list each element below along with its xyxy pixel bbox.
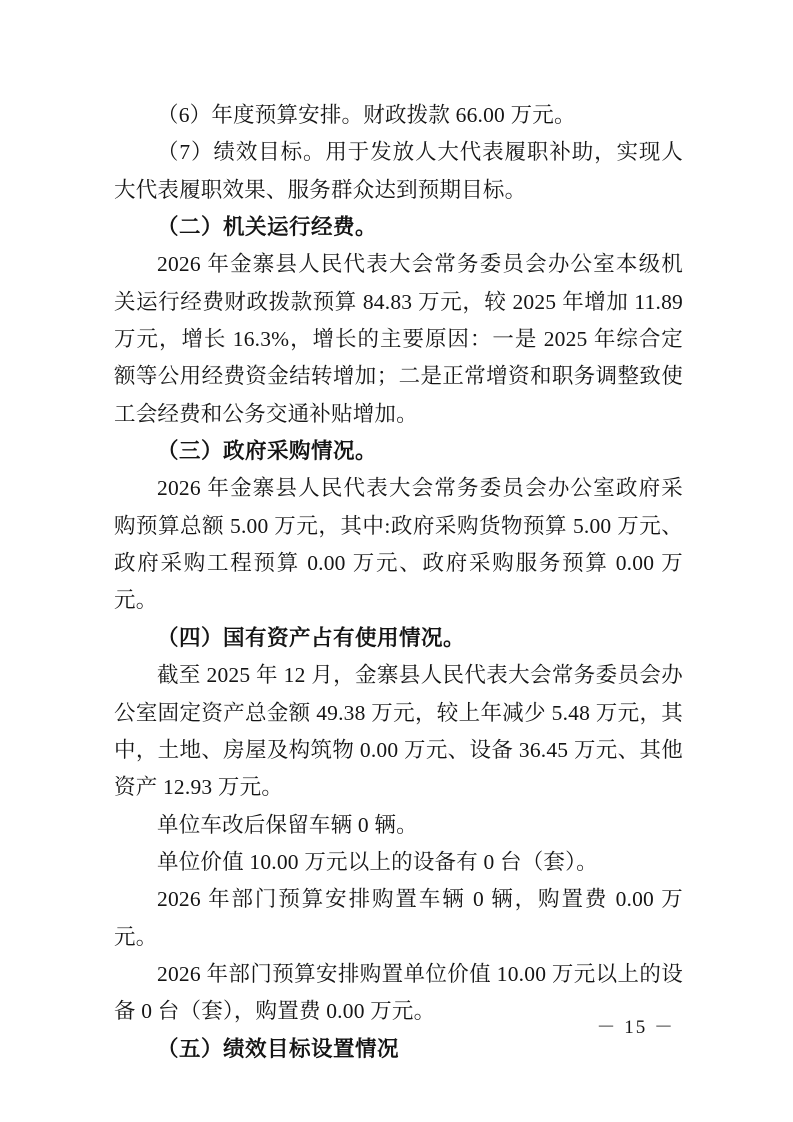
document-body: （6）年度预算安排。财政拨款 66.00 万元。（7）绩效目标。用于发放人大代表…	[114, 97, 683, 1068]
page-number: － 15 －	[596, 1012, 675, 1039]
body-paragraph: 单位价值 10.00 万元以上的设备有 0 台（套）。	[114, 844, 683, 881]
body-paragraph: （6）年度预算安排。财政拨款 66.00 万元。	[114, 97, 683, 134]
body-paragraph: 单位车改后保留车辆 0 辆。	[114, 807, 683, 844]
section-heading: （二）机关运行经费。	[114, 209, 683, 246]
section-heading: （四）国有资产占有使用情况。	[114, 620, 683, 657]
body-paragraph: 2026 年部门预算安排购置车辆 0 辆，购置费 0.00 万元。	[114, 881, 683, 956]
body-paragraph: （7）绩效目标。用于发放人大代表履职补助，实现人大代表履职效果、服务群众达到预期…	[114, 134, 683, 209]
body-paragraph: 2026 年金寨县人民代表大会常务委员会办公室本级机关运行经费财政拨款预算 84…	[114, 246, 683, 433]
section-heading: （三）政府采购情况。	[114, 433, 683, 470]
body-paragraph: 2026 年金寨县人民代表大会常务委员会办公室政府采购预算总额 5.00 万元，…	[114, 470, 683, 619]
body-paragraph: 截至 2025 年 12 月，金寨县人民代表大会常务委员会办公室固定资产总金额 …	[114, 657, 683, 806]
document-page: （6）年度预算安排。财政拨款 66.00 万元。（7）绩效目标。用于发放人大代表…	[0, 0, 793, 1122]
